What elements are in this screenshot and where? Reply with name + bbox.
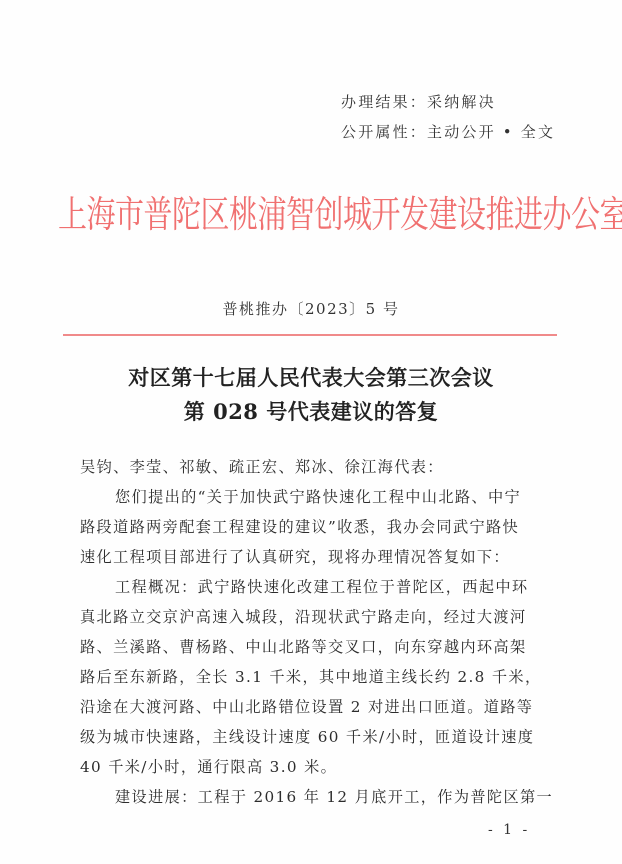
paragraph-line: 工程概况：武宁路快速化改建工程位于普陀区，西起中环 xyxy=(115,576,528,597)
page-number: - 1 - xyxy=(488,822,530,838)
paragraph-line: 路、兰溪路、曹杨路、中山北路等交叉口，向东穿越内环高架 xyxy=(80,636,527,657)
paragraph-line: 建设进展：工程于 2016 年 12 月底开工，作为普陀区第一 xyxy=(115,786,553,807)
paragraph-line: 路后至东新路，全长 3.1 千米，其中地道主线长约 2.8 千米， xyxy=(80,666,541,687)
issuing-office-header: 上海市普陀区桃浦智创城开发建设推进办公室文件 xyxy=(58,186,564,238)
red-divider-line xyxy=(63,334,557,336)
paragraph-line: 真北路立交京沪高速入城段，沿现状武宁路走向，经过大渡河 xyxy=(80,606,527,627)
document-number: 普桃推办〔2023〕5 号 xyxy=(0,298,622,319)
document-title-line-2: 第 028 号代表建议的答复 xyxy=(0,396,622,426)
paragraph-line: 您们提出的“关于加快武宁路快速化工程中山北路、中宁 xyxy=(115,486,521,507)
document-title-line-1: 对区第十七届人民代表大会第三次会议 xyxy=(0,362,622,392)
disclosure-attribute: 公开属性：主动公开 • 全文 xyxy=(341,121,555,142)
document-page: 办理结果：采纳解决 公开属性：主动公开 • 全文 上海市普陀区桃浦智创城开发建设… xyxy=(0,0,622,864)
paragraph-line: 级为城市快速路，主线设计速度 60 千米/小时，匝道设计速度 xyxy=(80,726,534,747)
paragraph-line: 沿途在大渡河路、中山北路错位设置 2 对进出口匝道。道路等 xyxy=(80,696,533,717)
salutation: 吴钧、李莹、祁敏、疏正宏、郑冰、徐江海代表： xyxy=(80,456,444,477)
paragraph-line: 40 千米/小时，通行限高 3.0 米。 xyxy=(80,756,337,777)
handling-result: 办理结果：采纳解决 xyxy=(341,91,496,112)
paragraph-line: 速化工程项目部进行了认真研究，现将办理情况答复如下： xyxy=(80,546,510,567)
paragraph-line: 路段道路两旁配套工程建设的建议”收悉，我办会同武宁路快 xyxy=(80,516,519,537)
